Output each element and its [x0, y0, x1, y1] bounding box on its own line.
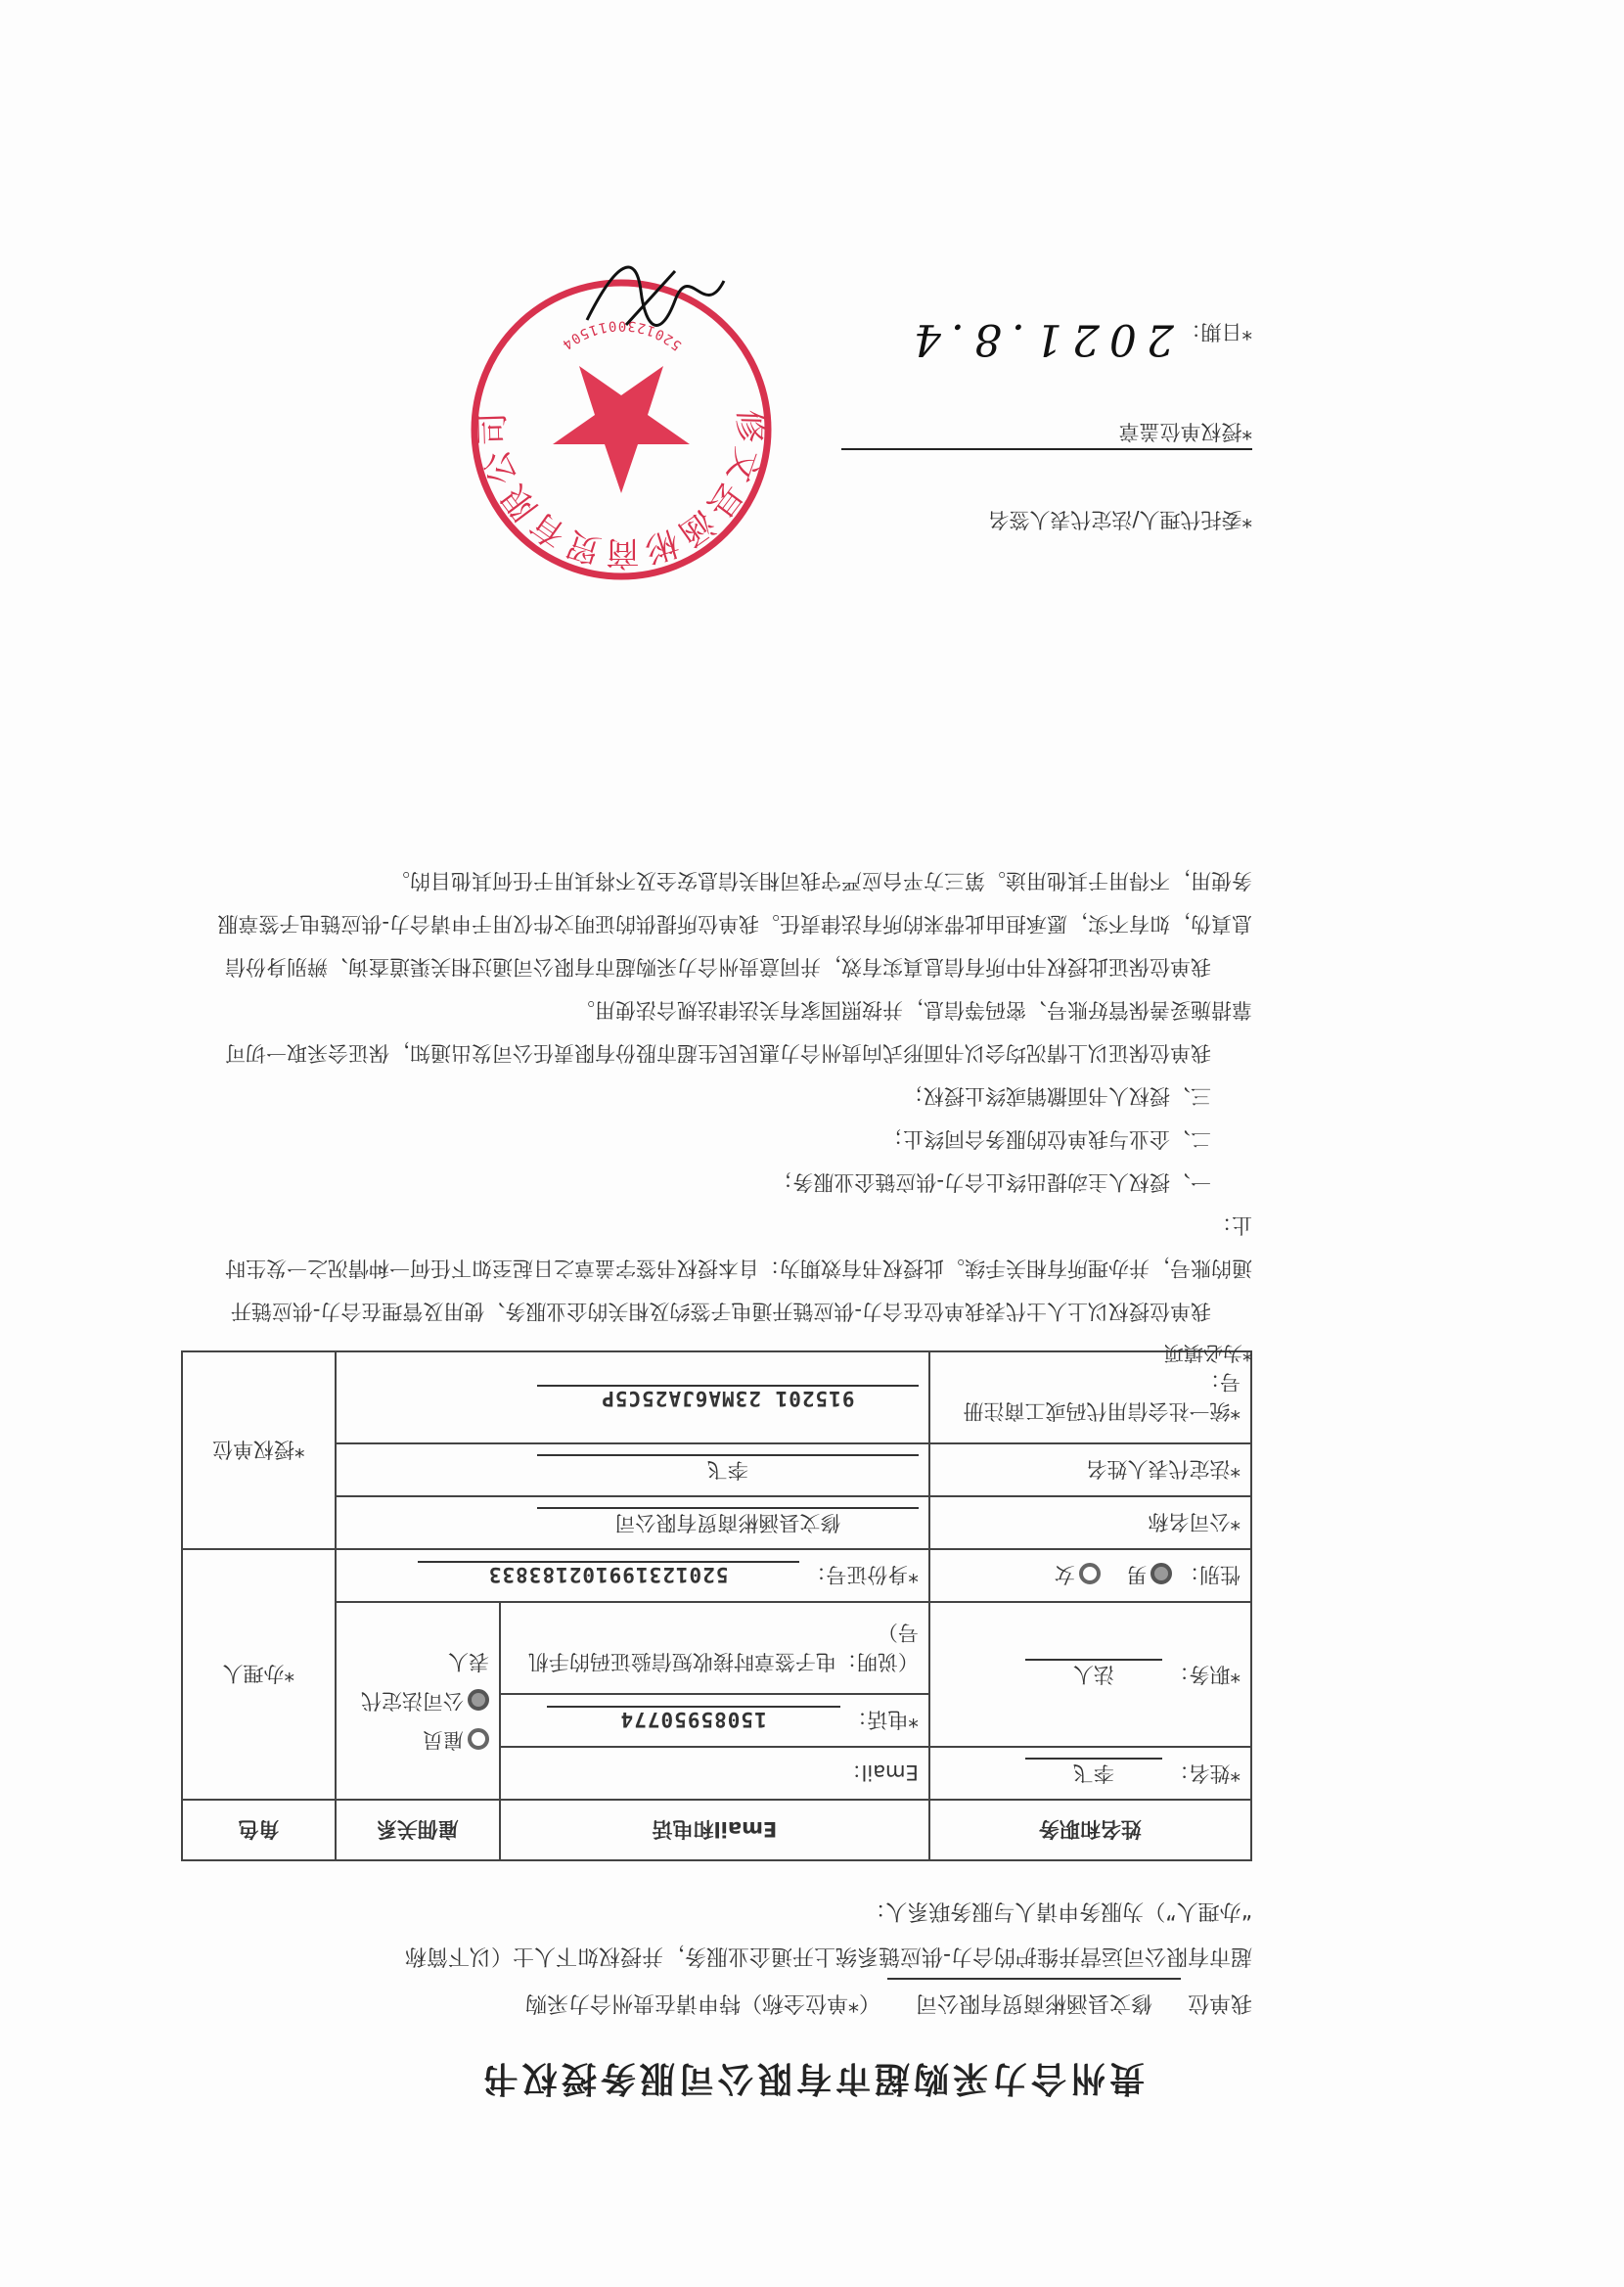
- table-header-row: 姓名和职务 Email和电话 雇佣关系 角色: [182, 1800, 1251, 1860]
- employment-option-employee[interactable]: 雇员: [346, 1720, 489, 1760]
- handler-position-label: *职务：: [1169, 1663, 1241, 1686]
- intro-prefix: 我单位: [1188, 1990, 1252, 2015]
- paragraph-scope: 我单位授权以上人士代表我单位在合力-供应链开通电子签约及相关的企业服务、使用及管…: [215, 1204, 1252, 1333]
- radio-icon: [468, 1728, 489, 1750]
- stamp-label: *授权单位盖章: [1119, 420, 1253, 443]
- radio-selected-icon: [1150, 1563, 1172, 1584]
- date-row: *日期： 2021.8.4: [904, 314, 1252, 364]
- date-value[interactable]: 2021.8.4: [904, 314, 1174, 364]
- header-employment: 雇佣关系: [336, 1800, 500, 1860]
- paragraph-condition-3: 三、授权人书面撤销或终止授权；: [215, 1075, 1252, 1118]
- gender-option-female[interactable]: 女: [1055, 1563, 1101, 1586]
- intro-company-hint: （*单位全称）特申请在贵州合力采购: [525, 1990, 880, 2015]
- table-row: *姓名： 李飞 Email： 雇员 公司法定代表人 *办理人: [182, 1747, 1251, 1800]
- handwritten-signature-icon: [577, 252, 734, 340]
- radio-selected-icon: [468, 1689, 489, 1711]
- unit-legal-rep-cell: 李飞: [336, 1443, 929, 1496]
- handler-name-field[interactable]: 李飞: [1025, 1758, 1162, 1789]
- signer-label: *委托代理人/法定代表人签名: [988, 508, 1252, 531]
- handler-gender-cell: 性别： 男 女: [929, 1549, 1251, 1602]
- unit-credit-code-field[interactable]: 915201 23MA6JA25C5P: [537, 1385, 919, 1410]
- handler-id-label: *身份证号：: [805, 1563, 919, 1586]
- required-note: *为必填项: [1164, 1341, 1252, 1369]
- handler-name-cell: *姓名： 李飞: [929, 1747, 1251, 1800]
- handler-name-label: *姓名：: [1169, 1761, 1241, 1785]
- header-name-position: 姓名和职务: [929, 1800, 1251, 1860]
- unit-credit-code-cell: 915201 23MA6JA25C5P: [336, 1351, 929, 1443]
- paragraph-condition-2: 二、企业与我单位的服务合同终止；: [215, 1118, 1252, 1161]
- table-row: 性别： 男 女 *身份证号： 520123199102183833: [182, 1549, 1251, 1602]
- intro-paragraph: 我单位 修文县涵彬商贸有限公司 （*单位全称）特申请在贵州合力采购 超市有限公司…: [274, 1888, 1252, 2025]
- unit-company-label: *公司名称: [929, 1496, 1251, 1549]
- gender-option-male[interactable]: 男: [1126, 1563, 1172, 1586]
- intro-line-3: “办理人”）为服务申请人与服务联系人：: [274, 1888, 1252, 1933]
- document-page: 贵州合力采购超市有限公司服务授权书 我单位 修文县涵彬商贸有限公司 （*单位全称…: [0, 0, 1624, 2287]
- radio-icon: [1079, 1563, 1101, 1584]
- table-row: *统一社会信用代码或工商注册号： 915201 23MA6JA25C5P: [182, 1351, 1251, 1443]
- employment-cell: 雇员 公司法定代表人: [336, 1602, 500, 1800]
- paragraph-notification: 我单位保证以上情况均会以书面形式向贵州合力惠民民生超市股份有限责任公司发出通知，…: [215, 988, 1252, 1075]
- intro-line-2: 超市有限公司运营并维护的合力-供应链系统上开通企业服务，并授权如下人士（以下简称: [274, 1933, 1252, 1978]
- handler-id-cell: *身份证号： 520123199102183833: [336, 1549, 929, 1602]
- handler-email-label: Email：: [841, 1761, 919, 1784]
- handler-phone-field[interactable]: 15085950774: [547, 1706, 840, 1731]
- table-row: *公司名称 修文县涵彬商贸有限公司 *授权单位: [182, 1496, 1251, 1549]
- document-title: 贵州合力采购超市有限公司服务授权书: [0, 2056, 1624, 2106]
- unit-legal-rep-field[interactable]: 李飞: [537, 1454, 919, 1486]
- paragraph-condition-1: 一、授权人主动提出终止合力-供应链企业服务；: [215, 1161, 1252, 1204]
- date-label: *日期：: [1181, 320, 1253, 343]
- authorization-table: 姓名和职务 Email和电话 雇佣关系 角色 *姓名： 李飞 Email： 雇员…: [181, 1350, 1252, 1861]
- handler-phone-cell: *电话： 15085950774: [500, 1694, 929, 1747]
- header-role: 角色: [182, 1800, 336, 1860]
- unit-legal-rep-label: *法定代表人姓名: [929, 1443, 1251, 1496]
- handler-id-field[interactable]: 520123199102183833: [418, 1561, 799, 1586]
- handler-position-cell: *职务： 法人: [929, 1602, 1251, 1747]
- authorization-scope: 我单位授权以上人士代表我单位在合力-供应链开通电子签约及相关的企业服务、使用及管…: [215, 859, 1252, 1333]
- employment-option-legal-rep[interactable]: 公司法定代表人: [346, 1642, 489, 1720]
- unit-company-cell: 修文县涵彬商贸有限公司: [336, 1496, 929, 1549]
- stamp-row: *授权单位盖章: [1119, 418, 1253, 447]
- handler-phone-note: （说明：电子签章时接收短信验证码的手机号）: [500, 1602, 929, 1694]
- unit-role-cell: *授权单位: [182, 1351, 336, 1549]
- handler-role-cell: *办理人: [182, 1549, 336, 1800]
- handler-email-cell: Email：: [500, 1747, 929, 1800]
- gender-label: 性别：: [1179, 1563, 1241, 1586]
- handler-position-field[interactable]: 法人: [1025, 1659, 1162, 1690]
- signature-line[interactable]: [841, 448, 1252, 450]
- signer-line-row: [841, 448, 1252, 472]
- unit-company-field[interactable]: 修文县涵彬商贸有限公司: [537, 1507, 919, 1538]
- signer-row: *委托代理人/法定代表人签名: [988, 506, 1252, 535]
- table-row: *法定代表人姓名 李飞: [182, 1443, 1251, 1496]
- handler-phone-label: *电话：: [846, 1708, 919, 1731]
- intro-company-field[interactable]: 修文县涵彬商贸有限公司: [887, 1978, 1181, 2025]
- header-email-phone: Email和电话: [500, 1800, 929, 1860]
- paragraph-guarantee: 我单位保证此授权书中所有信息真实有效，并同意贵州合力采购超市有限公司通过相关渠道…: [215, 859, 1252, 988]
